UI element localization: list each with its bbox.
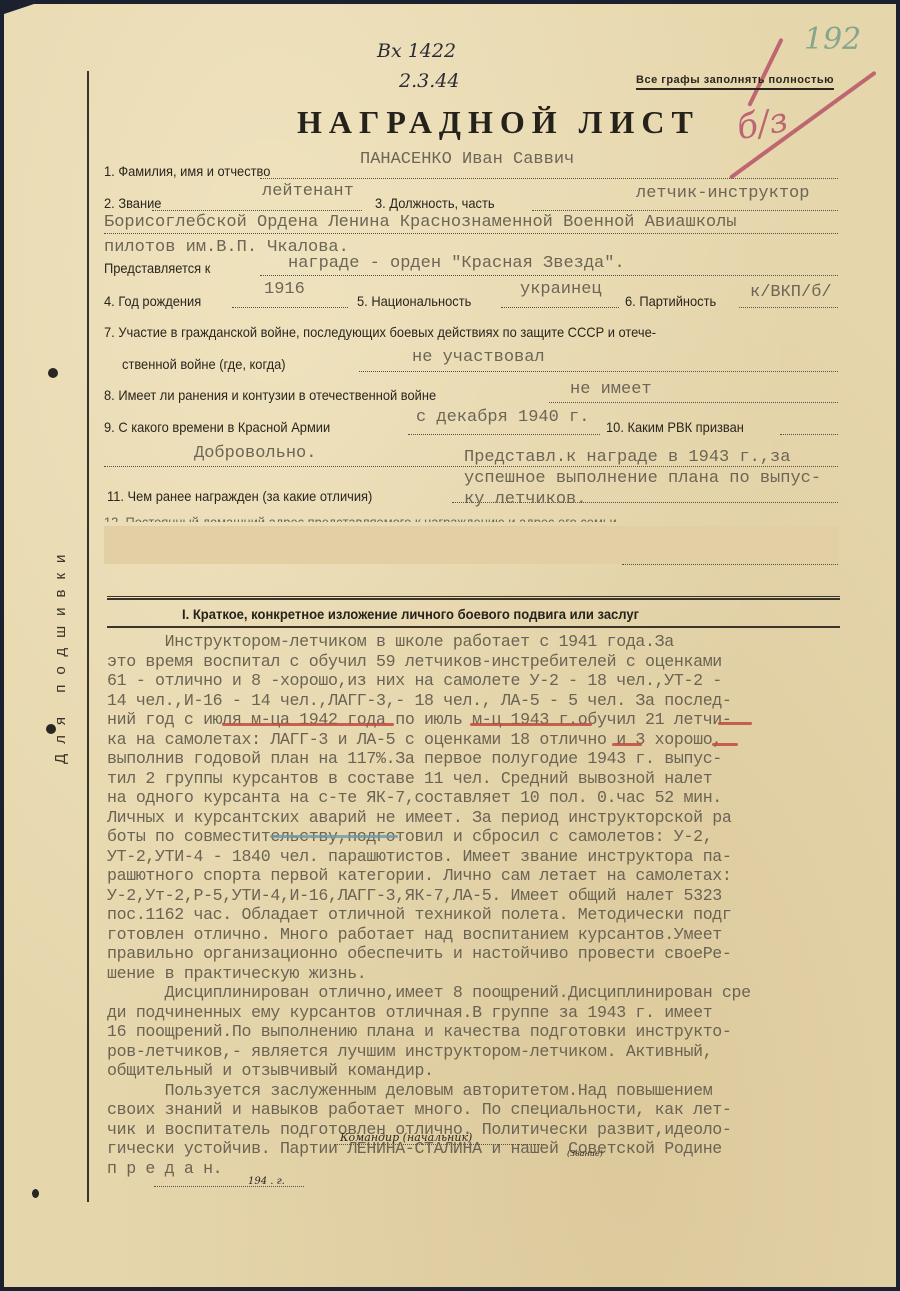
year-label: 194 . г. xyxy=(248,1176,285,1187)
body-line: УТ-2,УТИ-4 - 1840 чел. парашютистов. Име… xyxy=(107,847,897,867)
body-line: на одного курсанта на с-те ЯК-7,составля… xyxy=(107,788,897,808)
body-line: ний год с июля м-ца 1942 года по июль м-… xyxy=(107,710,897,730)
field-9-label: 9. С какого времени в Красной Армии xyxy=(104,419,330,435)
field-3-continuation: Борисоглебской Ордена Ленина Краснознаме… xyxy=(104,213,737,232)
field-11-value: ку летчиков. xyxy=(464,490,586,509)
field-11-value: успешное выполнение плана по выпус- xyxy=(464,469,821,488)
body-line: Пользуется заслуженным деловым авторитет… xyxy=(107,1081,897,1101)
red-underline xyxy=(712,743,738,746)
red-underline xyxy=(718,722,752,725)
field-10-label: 10. Каким РВК призван xyxy=(606,419,744,435)
body-line: Инструктором-летчиком в школе работает с… xyxy=(107,632,897,652)
punch-hole xyxy=(48,368,58,378)
field-7-line xyxy=(359,371,838,372)
blue-underline xyxy=(270,835,398,838)
section-rule xyxy=(107,596,840,597)
body-line: боты по совместительству,подготовил и сб… xyxy=(107,827,897,847)
body-line: чик и воспитатель подготовлен отлично. П… xyxy=(107,1120,897,1140)
body-line: правильно организационно обеспечить и на… xyxy=(107,944,897,964)
field-2-line xyxy=(152,210,362,211)
field-6-value: к/ВКП/б/ xyxy=(750,283,832,302)
body-line: ров-летчиков,- является лучшим инструкто… xyxy=(107,1042,897,1062)
field-7-value: не участвовал xyxy=(412,348,545,367)
punch-hole xyxy=(32,1189,39,1198)
field-7-label-cont: ственной войне (где, когда) xyxy=(122,356,286,372)
commander-line xyxy=(334,1144,544,1145)
field-8-line xyxy=(549,402,838,403)
red-underline xyxy=(222,723,394,726)
field-2-value: лейтенант xyxy=(262,182,354,201)
redacted-area xyxy=(104,526,839,564)
body-line: готовлен отлично. Много работает над вос… xyxy=(107,925,897,945)
field-2-label: 2. Звание xyxy=(104,195,161,211)
page-title: НАГРАДНОЙ ЛИСТ xyxy=(297,104,700,141)
body-line: своих знаний и навыков работает много. П… xyxy=(107,1100,897,1120)
body-line: рашютного спорта первой категории. Лично… xyxy=(107,866,897,886)
field-4-label: 4. Год рождения xyxy=(104,293,201,309)
field-6-label: 6. Партийность xyxy=(625,293,716,309)
field-8-label: 8. Имеет ли ранения и контузии в отечест… xyxy=(104,387,436,403)
field-11-label: 11. Чем ранее награжден (за какие отличи… xyxy=(107,488,372,504)
red-pencil-stroke xyxy=(747,38,783,107)
body-line: Личных и курсантских аварий не имеет. За… xyxy=(107,808,897,828)
incoming-number: Вх 1422 xyxy=(377,40,456,62)
field-7-label: 7. Участие в гражданской войне, последую… xyxy=(104,324,656,340)
field-3-value: летчик-инструктор xyxy=(636,184,809,203)
red-underline xyxy=(612,743,642,746)
field-12-line xyxy=(622,564,838,565)
nominated-label: Представляется к xyxy=(104,260,210,276)
body-line: п р е д а н. xyxy=(107,1159,897,1179)
nominated-line xyxy=(260,275,838,276)
handwritten-date: 2.3.44 xyxy=(399,70,459,92)
body-line: тил 2 группы курсантов в составе 11 чел.… xyxy=(107,769,897,789)
field-6-line xyxy=(739,307,838,308)
body-line: 61 - отлично и 8 -хорошо,из них на самол… xyxy=(107,671,897,691)
field-3-line xyxy=(532,210,838,211)
body-line: У-2,Ут-2,Р-5,УТИ-4,И-16,ЛАГГ-3,ЯК-7,ЛА-5… xyxy=(107,886,897,906)
field-1-line xyxy=(260,178,838,179)
field-11-value: Представл.к награде в 1943 г.,за xyxy=(464,448,790,467)
body-line: ка на самолетах: ЛАГГ-3 и ЛА-5 с оценкам… xyxy=(107,730,897,750)
body-line: выполнив годовой план на 117%.За первое … xyxy=(107,749,897,769)
field-5-value: украинец xyxy=(520,280,602,299)
field-10-value: Добровольно. xyxy=(194,444,316,463)
field-1-value: ПАНАСЕНКО Иван Саввич xyxy=(360,150,574,169)
body-line: Дисциплинирован отлично,имеет 8 поощрени… xyxy=(107,983,897,1003)
body-line: это время воспитал с обучил 59 летчиков-… xyxy=(107,652,897,672)
section-rule xyxy=(107,626,840,628)
field-5-label: 5. Национальность xyxy=(357,293,471,309)
body-line: пос.1162 час. Обладает отличной техникой… xyxy=(107,905,897,925)
field-9-value: с декабря 1940 г. xyxy=(416,408,589,427)
field-10-line xyxy=(780,434,838,435)
rank-label: (Звание) xyxy=(567,1149,603,1158)
green-pencil-mark: 192 xyxy=(804,22,861,57)
field-3-line-2 xyxy=(104,233,838,234)
body-line: 14 чел.,И-16 - 14 чел.,ЛАГГ-3,- 18 чел.,… xyxy=(107,691,897,711)
fill-all-fields-note: Все графы заполнять полностью xyxy=(636,74,834,90)
punch-hole xyxy=(46,724,56,734)
section-1-body: Инструктором-летчиком в школе работает с… xyxy=(107,632,897,1178)
field-8-value: не имеет xyxy=(570,380,652,399)
field-5-line xyxy=(501,307,619,308)
body-line: общительный и отзывчивый командир. xyxy=(107,1061,897,1081)
binding-margin-label: Для подшивки xyxy=(52,474,92,834)
red-underline xyxy=(470,723,592,726)
field-3-label: 3. Должность, часть xyxy=(375,195,495,211)
field-1-label: 1. Фамилия, имя и отчество xyxy=(104,163,270,179)
body-line: ди подчиненных ему курсантов отличная.В … xyxy=(107,1003,897,1023)
field-4-line xyxy=(232,307,348,308)
award-sheet-page: Для подшивки Вх 1422 2.3.44 192 б/з Все … xyxy=(4,4,896,1287)
section-1-heading: I. Краткое, конкретное изложение личного… xyxy=(182,606,639,622)
body-line: шение в практическую жизнь. xyxy=(107,964,897,984)
nominated-value: награде - орден "Красная Звезда". xyxy=(288,254,625,273)
body-line: гически устойчив. Партии ЛЕНИНА-СТАЛИНА … xyxy=(107,1139,897,1159)
field-4-value: 1916 xyxy=(264,280,305,299)
field-9-line xyxy=(408,434,600,435)
section-rule xyxy=(107,598,840,600)
body-line: 16 поощрений.По выполнению плана и качес… xyxy=(107,1022,897,1042)
commander-label: Командир (начальник) xyxy=(340,1131,472,1144)
